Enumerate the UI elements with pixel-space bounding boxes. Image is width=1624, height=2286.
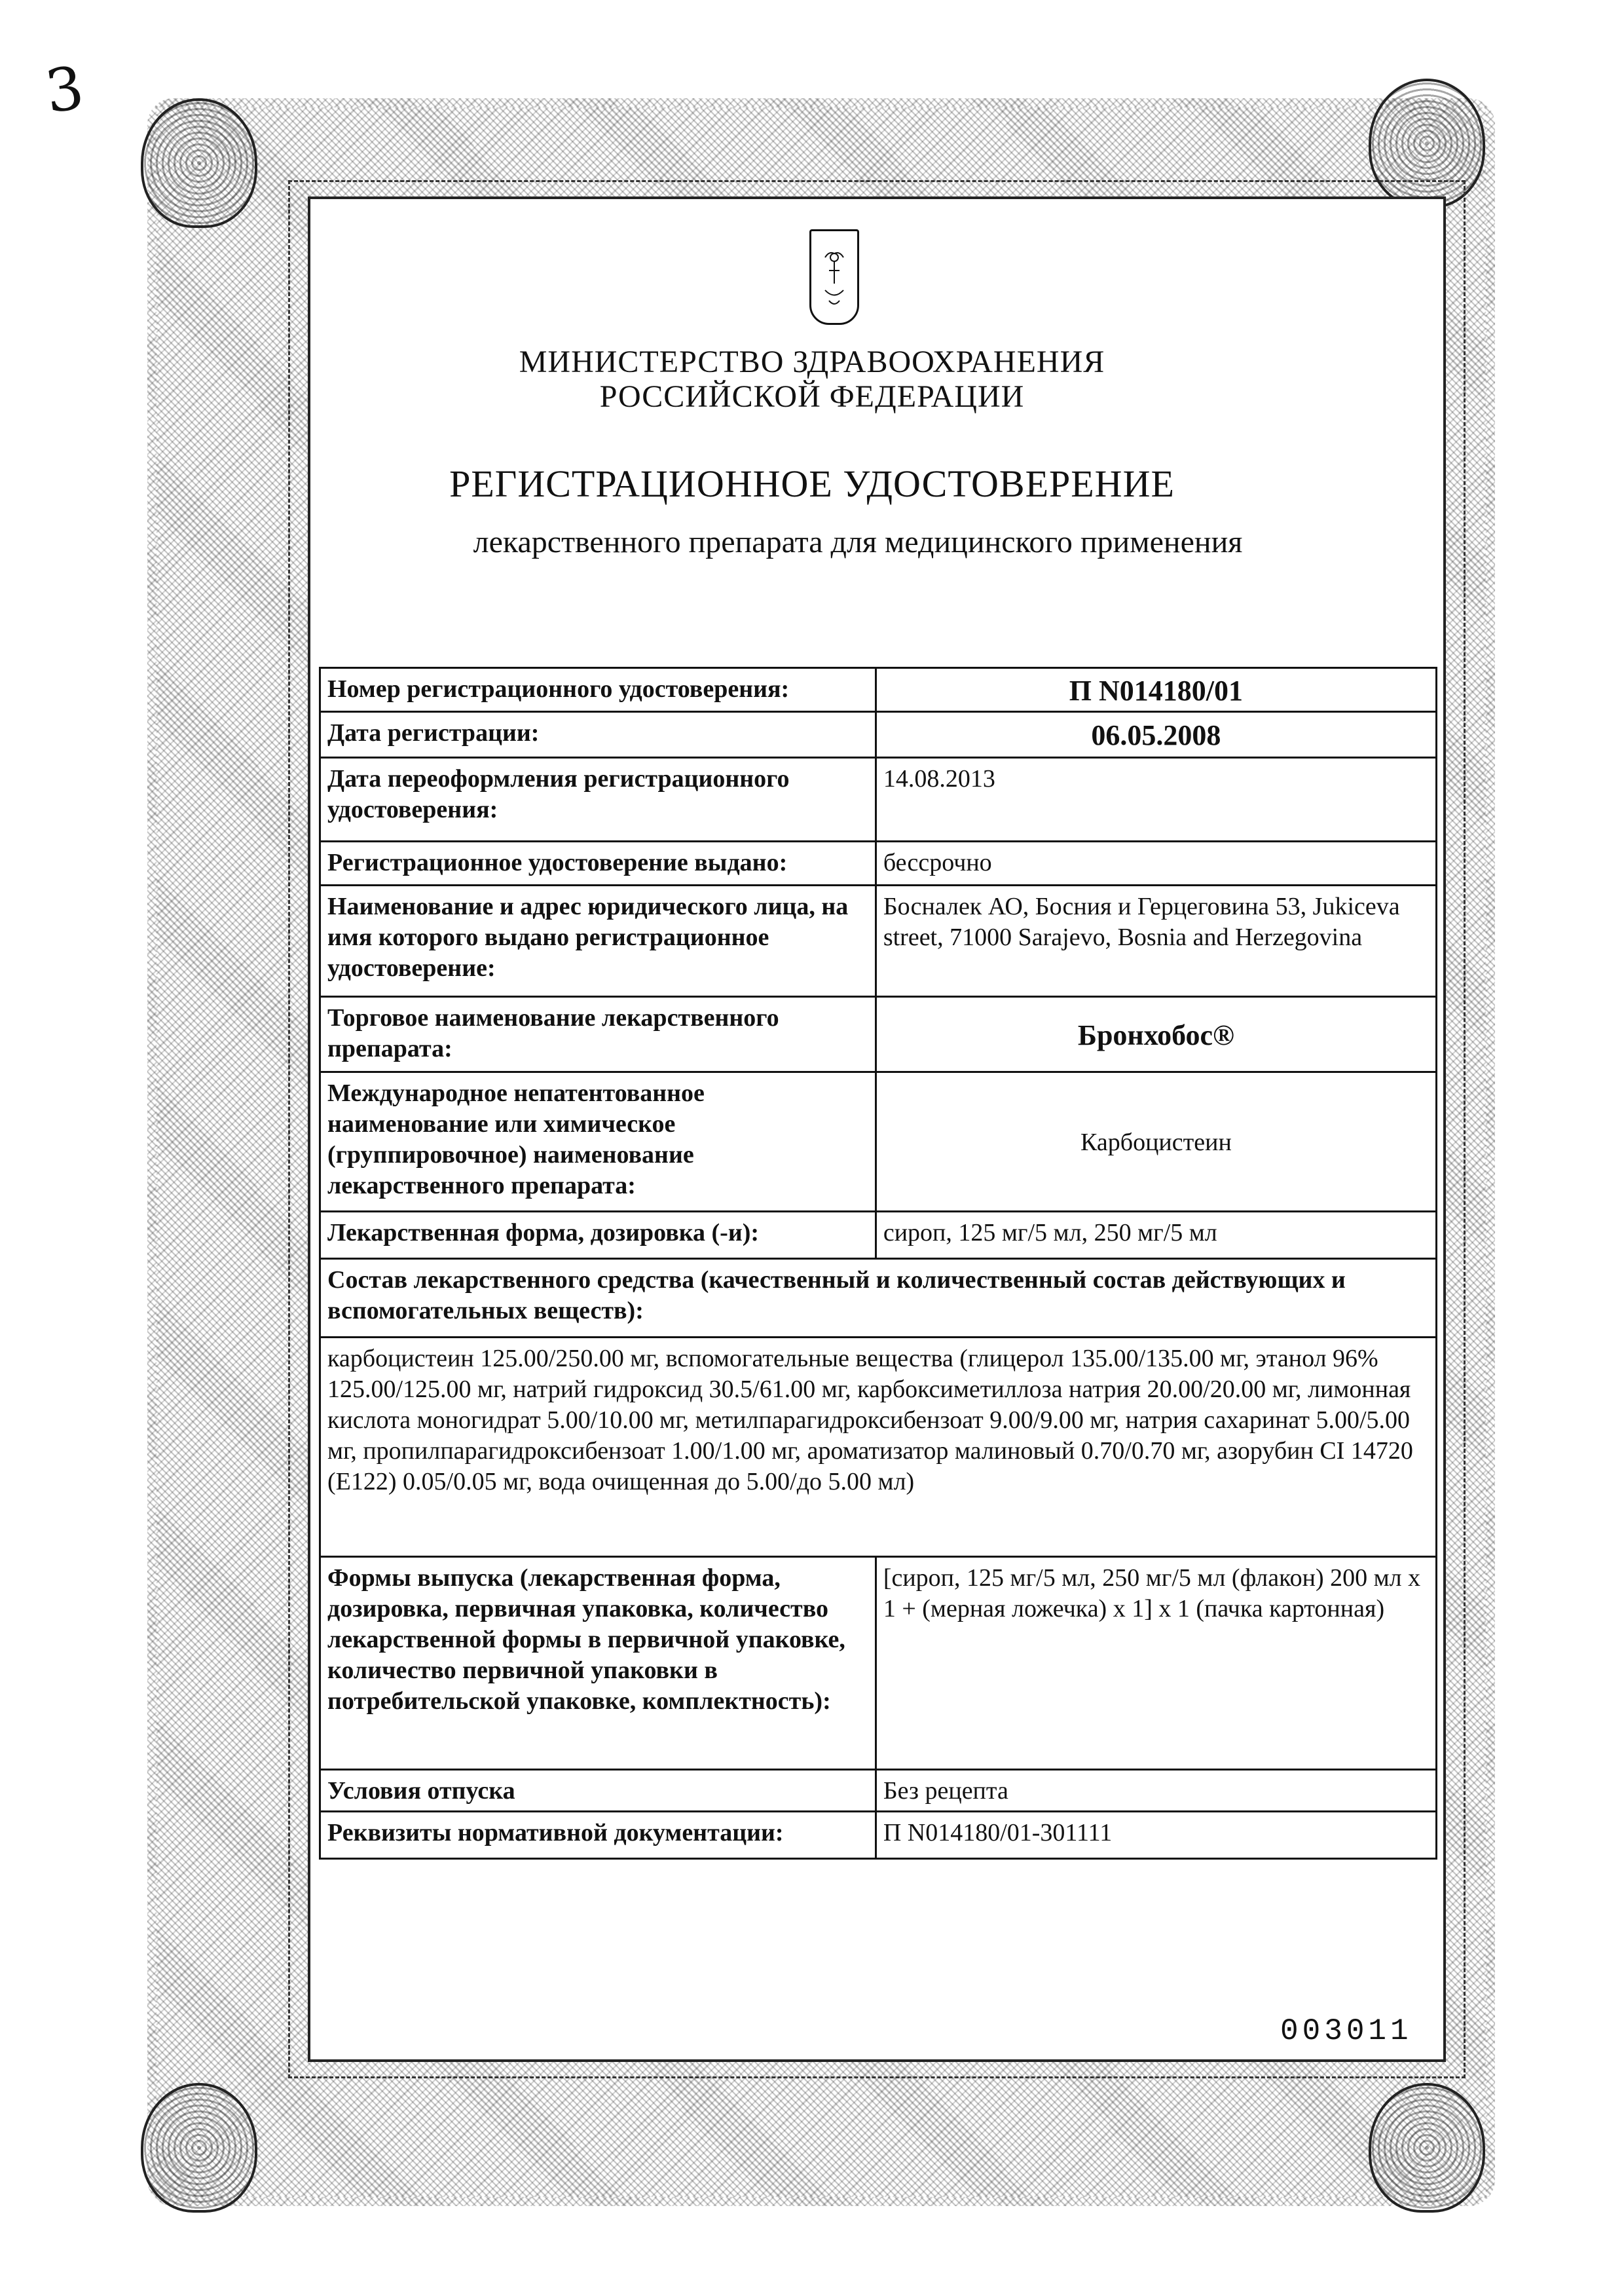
registration-number: П N014180/01 [876,668,1436,712]
registration-table: Номер регистрационного удостоверения: П … [319,667,1437,1860]
table-row: Международное непатентованное наименован… [320,1072,1437,1212]
ornament-corner-icon [141,2083,257,2213]
ministry-name-line2: РОССИЙСКОЙ ФЕДЕРАЦИИ [0,379,1624,415]
holder-name-address: Босналек АО, Босния и Герцеговина 53, Ju… [876,886,1436,997]
dosage-form: сироп, 125 мг/5 мл, 250 мг/5 мл [876,1212,1436,1259]
certificate-subtitle: лекарственного препарата для медицинског… [0,524,1624,560]
st-george-icon [816,238,853,316]
composition-header: Состав лекарственного средства (качестве… [320,1259,1437,1338]
ornament-corner-icon [141,98,257,228]
normative-doc: П N014180/01-301111 [876,1812,1436,1859]
row-label: Дата переоформления регистрационного удо… [320,758,876,842]
composition-text: карбоцистеин 125.00/250.00 мг, вспомогат… [320,1338,1437,1557]
certificate-title: РЕГИСТРАЦИОННОЕ УДОСТОВЕРЕНИЕ [0,462,1624,506]
reissue-date: 14.08.2013 [876,758,1436,842]
table-row: Регистрационное удостоверение выдано: бе… [320,842,1437,886]
table-row: Дата регистрации: 06.05.2008 [320,712,1437,758]
table-row: Лекарственная форма, дозировка (-и): сир… [320,1212,1437,1259]
table-row: Торговое наименование лекарственного пре… [320,997,1437,1072]
row-label: Наименование и адрес юридического лица, … [320,886,876,997]
table-row: Формы выпуска (лекарственная форма, дози… [320,1557,1437,1770]
table-row: Дата переоформления регистрационного удо… [320,758,1437,842]
registration-date: 06.05.2008 [876,712,1436,758]
coat-of-arms-icon [809,229,859,325]
table-row: Реквизиты нормативной документации: П N0… [320,1812,1437,1859]
table-row: Условия отпуска Без рецепта [320,1770,1437,1812]
inn-name: Карбоцистеин [876,1072,1436,1212]
table-row: Номер регистрационного удостоверения: П … [320,668,1437,712]
table-row: карбоцистеин 125.00/250.00 мг, вспомогат… [320,1338,1437,1557]
ornament-corner-icon [1369,2083,1485,2213]
row-label: Лекарственная форма, дозировка (-и): [320,1212,876,1259]
table-row: Наименование и адрес юридического лица, … [320,886,1437,997]
row-label: Регистрационное удостоверение выдано: [320,842,876,886]
row-label: Торговое наименование лекарственного пре… [320,997,876,1072]
row-label: Реквизиты нормативной документации: [320,1812,876,1859]
row-label: Номер регистрационного удостоверения: [320,668,876,712]
row-label: Формы выпуска (лекарственная форма, дози… [320,1557,876,1770]
serial-number: 003011 [1280,2014,1412,2048]
row-label: Условия отпуска [320,1770,876,1812]
handwritten-page-mark: 3 [41,54,88,127]
dispensing-conditions: Без рецепта [876,1770,1436,1812]
row-label: Международное непатентованное наименован… [320,1072,876,1212]
release-forms: [сироп, 125 мг/5 мл, 250 мг/5 мл (флакон… [876,1557,1436,1770]
trade-name: Бронхобос® [876,997,1436,1072]
ministry-name-line1: МИНИСТЕРСТВО ЗДРАВООХРАНЕНИЯ [0,344,1624,380]
row-label: Дата регистрации: [320,712,876,758]
validity: бессрочно [876,842,1436,886]
table-row: Состав лекарственного средства (качестве… [320,1259,1437,1338]
